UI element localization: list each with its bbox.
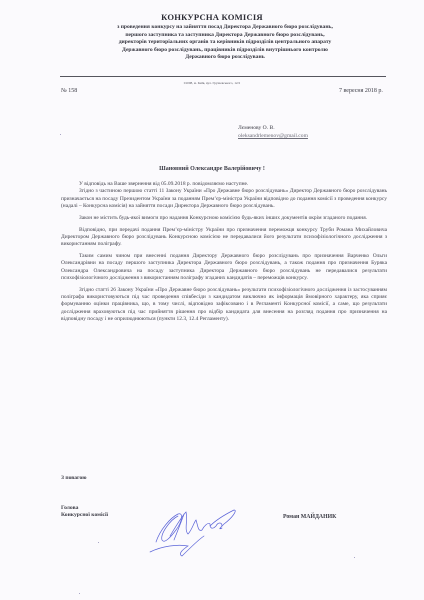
signatory-title-line: Голова xyxy=(61,505,108,512)
document-date: 7 вересня 2018 р. xyxy=(339,88,383,94)
signatory-title: Голова Конкурсної комісії xyxy=(61,505,108,520)
document-number: № 158 xyxy=(61,88,77,94)
letterhead-subtitle-line: директорів територіальних органів та кер… xyxy=(60,39,390,47)
letter-body: У відповідь на Ваше звернення від 05.09.… xyxy=(61,181,387,323)
body-paragraph: Згідно з частиною першою статті 11 Закон… xyxy=(61,188,387,210)
closing-phrase: З повагою xyxy=(61,475,87,481)
scan-speck xyxy=(354,557,355,558)
letterhead-title: КОНКУРСНА КОМІСІЯ xyxy=(0,12,424,22)
letterhead-subtitle-line: першого заступника та заступника Директо… xyxy=(60,32,390,40)
letterhead-subtitle-line: Державного бюро розслідувань xyxy=(60,54,390,62)
body-paragraph: Закон не містить будь-якої вимоги про на… xyxy=(61,215,387,222)
letterhead-subtitle: з проведення конкурсу на зайняття посад … xyxy=(60,24,390,62)
body-paragraph: Згідно статті 26 Закону України «Про Дер… xyxy=(61,287,387,324)
body-paragraph: Відповідно, при передачі подання Прем’єр… xyxy=(61,227,387,249)
letterhead-divider xyxy=(60,76,386,77)
letterhead-address: 01008, м. Київ, вул. Грушевського, 12/2 xyxy=(0,81,424,85)
handwritten-signature-icon xyxy=(148,500,258,560)
scan-speck xyxy=(79,593,80,594)
recipient-block: Лєменову О. В. oleksandrlemenov@gmail.co… xyxy=(238,124,308,140)
salutation: Шановний Олександре Валерійовичу ! xyxy=(0,166,424,172)
body-paragraph: Таким самим чином при внесенні подання Д… xyxy=(61,253,387,282)
letter-page: КОНКУРСНА КОМІСІЯ з проведення конкурсу … xyxy=(0,0,424,600)
letterhead-subtitle-line: з проведення конкурсу на зайняття посад … xyxy=(60,24,390,32)
scan-speck xyxy=(60,134,61,135)
signatory-name: Роман МАЙДАНИК xyxy=(283,514,336,520)
recipient-email-link[interactable]: oleksandrlemenov@gmail.com xyxy=(238,132,308,140)
recipient-name: Лєменову О. В. xyxy=(238,124,308,132)
scan-speck xyxy=(98,542,99,543)
signatory-title-line: Конкурсної комісії xyxy=(61,512,108,519)
